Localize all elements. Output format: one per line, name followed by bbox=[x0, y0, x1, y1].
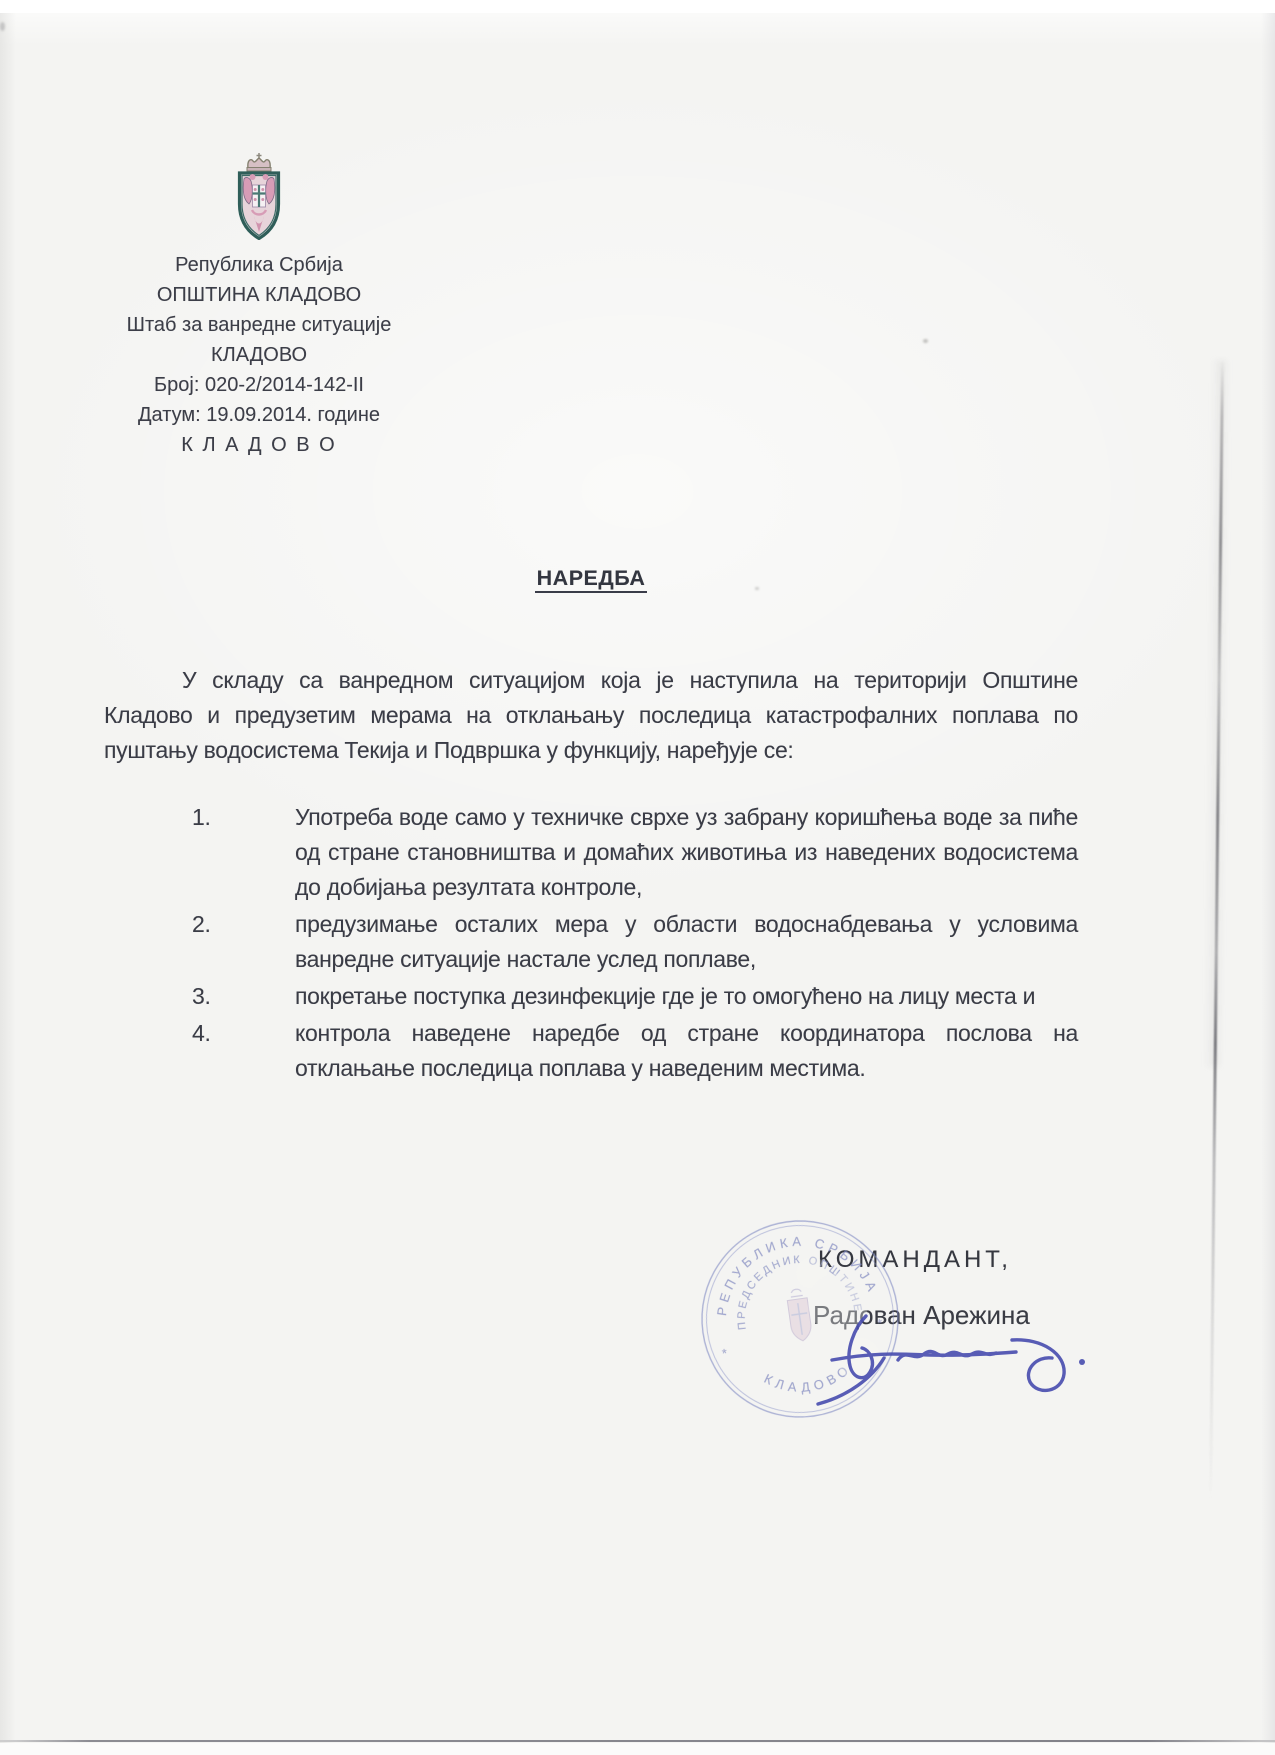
list-item-number: 3. bbox=[192, 979, 211, 1014]
scan-bottom-margin bbox=[0, 1743, 1275, 1755]
list-item-line: ванредне ситуације настале услед поплаве… bbox=[295, 942, 1078, 977]
crown-icon bbox=[247, 153, 271, 171]
scan-top-edge bbox=[0, 0, 1275, 13]
list-item-line: до добијања резултата контроле, bbox=[295, 870, 1078, 905]
stamp-star-left: * bbox=[721, 1346, 728, 1362]
list-item-line: покретање поступка дезинфекције где је т… bbox=[295, 979, 1078, 1014]
list-item: 4. контрола наведене наредбе од стране к… bbox=[192, 1016, 1078, 1086]
scan-bottom-edge bbox=[0, 1740, 1275, 1742]
handwritten-signature bbox=[780, 1298, 1120, 1433]
scan-speck bbox=[755, 587, 759, 590]
header-line-city: КЛАДОВО bbox=[100, 340, 418, 370]
list-item-line: контрола наведене наредбе од стране коор… bbox=[295, 1016, 1078, 1051]
document-title: НАРЕДБА bbox=[104, 566, 1078, 591]
list-item: 3. покретање поступка дезинфекције где ј… bbox=[192, 979, 1078, 1014]
list-item-line: од стране становништва и домаћих животињ… bbox=[295, 835, 1078, 870]
list-item-line: предузимање осталих мера у области водос… bbox=[295, 907, 1078, 942]
header-line-date: Датум: 19.09.2014. године bbox=[100, 400, 418, 430]
scan-speck bbox=[0, 22, 5, 31]
header-line-staff: Штаб за ванредне ситуације bbox=[100, 310, 418, 340]
header-line-municipality: ОПШТИНА КЛАДОВО bbox=[100, 280, 418, 310]
shield bbox=[240, 173, 279, 239]
list-item-number: 2. bbox=[192, 907, 211, 942]
list-item-line: отклањање последица поплава у наведеним … bbox=[295, 1051, 1078, 1086]
document-title-text: НАРЕДБА bbox=[535, 566, 648, 593]
order-list: 1. Употреба воде само у техничке сврхе у… bbox=[192, 800, 1078, 1088]
list-item: 2. предузимање осталих мера у области во… bbox=[192, 907, 1078, 977]
header-line-country: Република Србија bbox=[100, 250, 418, 280]
serbia-coat-of-arms bbox=[232, 152, 286, 240]
letterhead: Република Србија ОПШТИНА КЛАДОВО Штаб за… bbox=[100, 152, 418, 460]
list-item-number: 1. bbox=[192, 800, 211, 835]
intro-line: Кладово и предузетим мерама на отклањању… bbox=[104, 698, 1078, 733]
header-line-number: Број: 020-2/2014-142-II bbox=[100, 370, 418, 400]
scan-speck bbox=[923, 339, 928, 343]
scanned-document-page: Република Србија ОПШТИНА КЛАДОВО Штаб за… bbox=[0, 0, 1275, 1755]
scan-crease-artifact bbox=[1200, 360, 1234, 1500]
header-line-place: К Л А Д О В О bbox=[100, 430, 418, 460]
intro-paragraph: У складу са ванредном ситуацијом која је… bbox=[104, 663, 1078, 768]
intro-line: У складу са ванредном ситуацијом која је… bbox=[104, 663, 1078, 698]
list-item-line: Употреба воде само у техничке сврхе уз з… bbox=[295, 800, 1078, 835]
intro-line: пуштању водосистема Текија и Подвршка у … bbox=[104, 733, 1078, 768]
list-item: 1. Употреба воде само у техничке сврхе у… bbox=[192, 800, 1078, 905]
list-item-number: 4. bbox=[192, 1016, 211, 1051]
